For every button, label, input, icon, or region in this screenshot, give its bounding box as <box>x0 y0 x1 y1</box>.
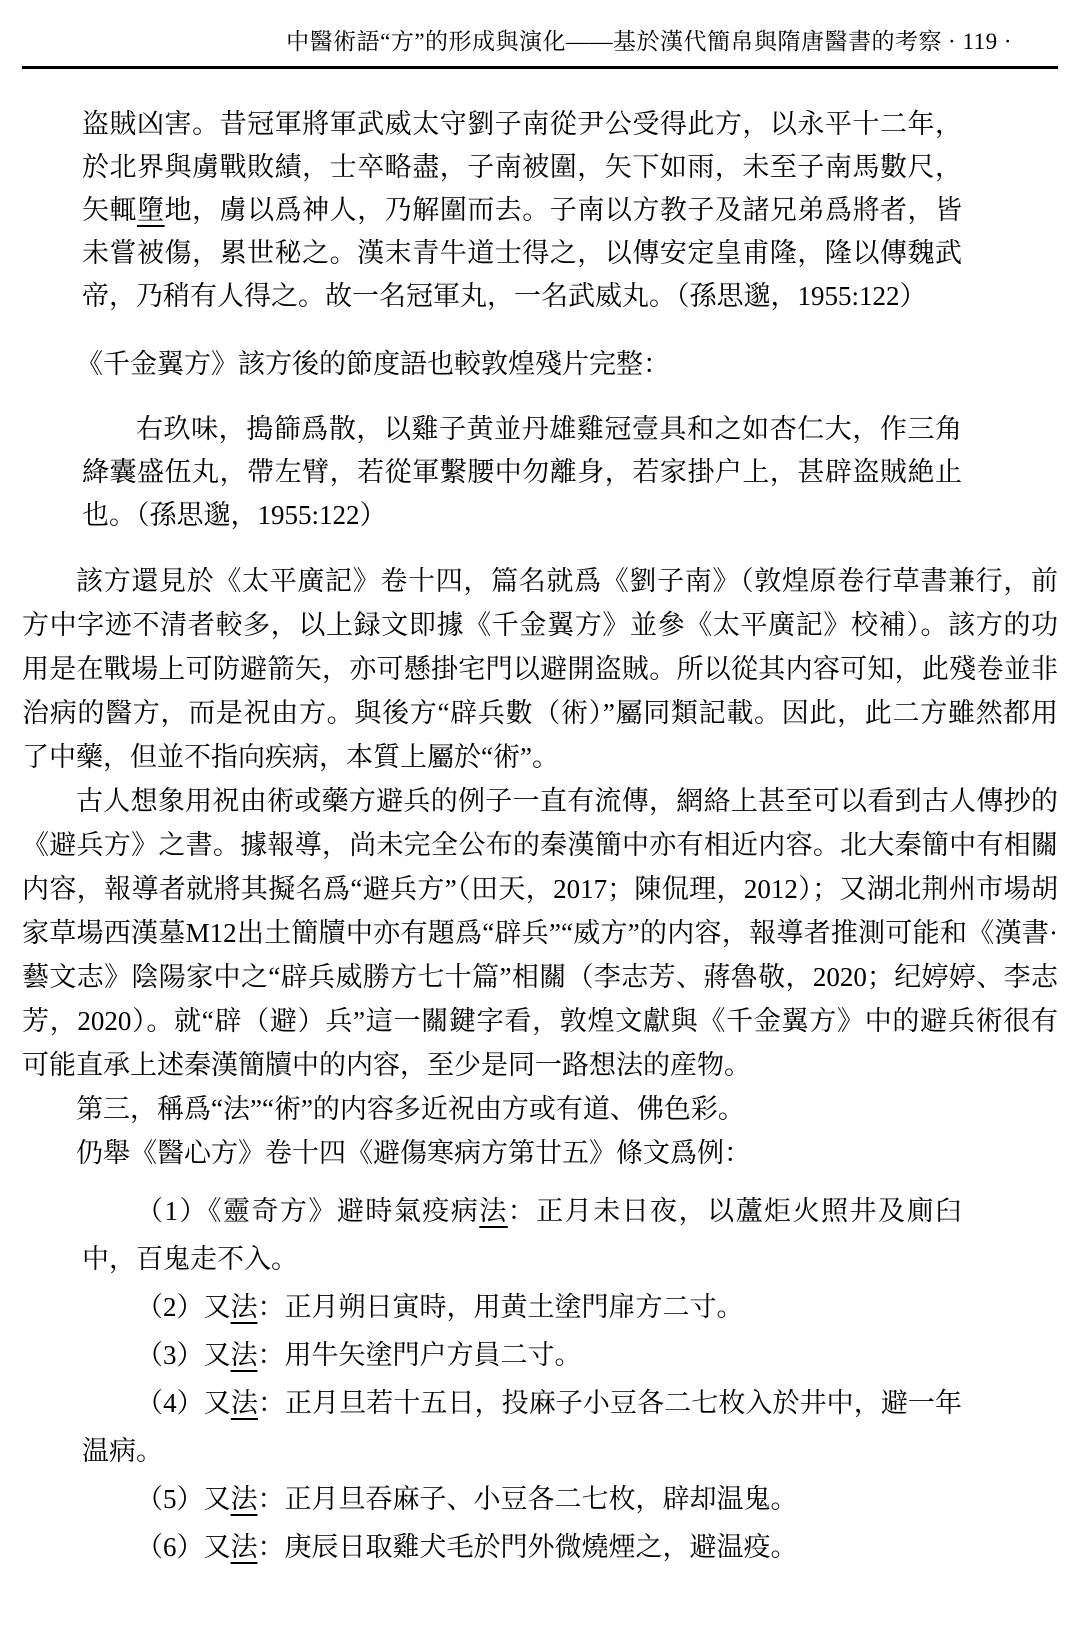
item-3-post: ：用牛矢塗門户方員二寸。 <box>258 1340 582 1370</box>
item-1-pre: （1）《靈奇方》避時氣疫病 <box>136 1196 479 1226</box>
item-5-underlined-char: 法 <box>231 1484 258 1514</box>
page-number: · 119 · <box>948 29 1012 54</box>
list-item-4: （4）又法：正月旦若十五日，投麻子小豆各二七枚入於井中，避一年温病。 <box>82 1379 962 1475</box>
quote-block-jiudu: 右玖味，搗篩爲散，以雞子黄並丹雄雞冠壹具和之如杏仁大，作三角絳囊盛伍丸，帶左臂，… <box>82 408 962 537</box>
body-paragraph-bibing: 古人想象用祝由術或藥方避兵的例子一直有流傳，網絡上甚至可以看到古人傳抄的《避兵方… <box>22 779 1058 1087</box>
page-title: 中醫術語“方”的形成與演化——基於漢代簡帛與隋唐醫書的考察 <box>286 29 942 54</box>
list-item-5: （5）又法：正月旦吞麻子、小豆各二七枚，辟却温鬼。 <box>82 1475 962 1523</box>
item-3-pre: （3）又 <box>136 1340 231 1370</box>
list-item-3: （3）又法：用牛矢塗門户方員二寸。 <box>82 1331 962 1379</box>
running-header: 中醫術語“方”的形成與演化——基於漢代簡帛與隋唐醫書的考察· 119 · <box>22 26 1058 58</box>
item-4-pre: （4）又 <box>136 1388 231 1418</box>
quote-block-liu-zinan: 盗賊凶害。昔冠軍將軍武威太守劉子南從尹公受得此方，以永平十二年，於北界與虜戰敗績… <box>82 103 962 318</box>
header-divider <box>22 66 1058 69</box>
item-2-underlined-char: 法 <box>231 1292 258 1322</box>
item-6-pre: （6）又 <box>136 1532 231 1562</box>
body-paragraph-third-point: 第三，稱爲“法”“術”的内容多近祝由方或有道、佛色彩。 <box>22 1087 1058 1131</box>
item-1-underlined-char: 法 <box>479 1196 507 1226</box>
item-6-post: ：庚辰日取雞犬毛於門外微燒煙之，避温疫。 <box>258 1532 798 1562</box>
quote1-underlined-char: 墮 <box>137 195 165 225</box>
document-page: 中醫術語“方”的形成與演化——基於漢代簡帛與隋唐醫書的考察· 119 · 盗賊凶… <box>0 0 1080 1631</box>
list-item-6: （6）又法：庚辰日取雞犬毛於門外微燒煙之，避温疫。 <box>82 1523 962 1571</box>
item-4-underlined-char: 法 <box>231 1388 258 1418</box>
item-2-post: ：正月朔日寅時，用黄土塗門扉方二寸。 <box>258 1292 744 1322</box>
item-3-underlined-char: 法 <box>231 1340 258 1370</box>
list-item-2: （2）又法：正月朔日寅時，用黄土塗門扉方二寸。 <box>82 1283 962 1331</box>
item-5-pre: （5）又 <box>136 1484 231 1514</box>
body-paragraph-taiping-guangji: 該方還見於《太平廣記》卷十四，篇名就爲《劉子南》（敦煌原卷行草書兼行，前方中字迹… <box>22 559 1058 779</box>
item-5-post: ：正月旦吞麻子、小豆各二七枚，辟却温鬼。 <box>258 1484 798 1514</box>
item-6-underlined-char: 法 <box>231 1532 258 1562</box>
quote1-text-post: 地，虜以爲神人，乃解圍而去。子南以方教子及諸兄弟爲將者，皆未嘗被傷，累世秘之。漢… <box>82 195 962 311</box>
list-item-1: （1）《靈奇方》避時氣疫病法：正月未日夜，以蘆炬火照井及廁臼中，百鬼走不入。 <box>82 1187 962 1283</box>
item-2-pre: （2）又 <box>136 1292 231 1322</box>
body-paragraph-yixinfang-intro: 仍舉《醫心方》卷十四《避傷寒病方第廿五》條文爲例： <box>22 1131 1058 1175</box>
body-paragraph-qianjin-intro: 《千金翼方》該方後的節度語也較敦煌殘片完整： <box>22 342 1058 386</box>
numbered-method-list: （1）《靈奇方》避時氣疫病法：正月未日夜，以蘆炬火照井及廁臼中，百鬼走不入。 （… <box>82 1187 962 1571</box>
